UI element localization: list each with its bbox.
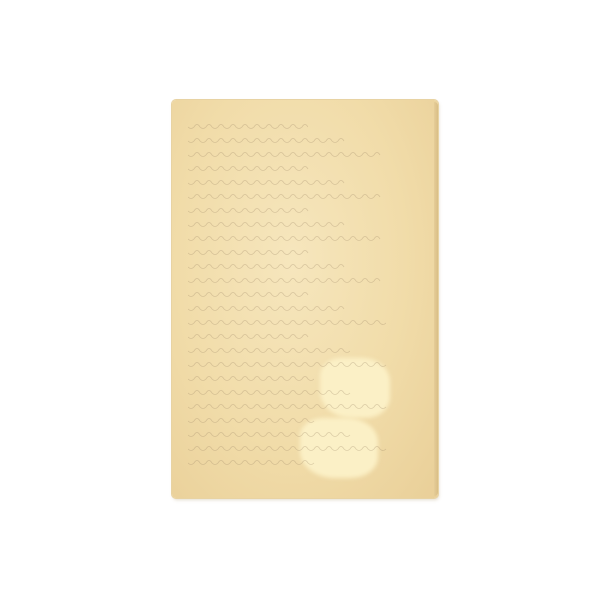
handwriting-line <box>188 272 418 286</box>
handwriting-line <box>188 202 418 216</box>
handwriting-line <box>188 230 418 244</box>
handwriting-line <box>188 174 418 188</box>
handwriting-line <box>188 118 418 132</box>
handwriting-line <box>188 300 418 314</box>
handwriting-line <box>188 454 418 468</box>
handwriting-line <box>188 412 418 426</box>
handwriting-line <box>188 244 418 258</box>
handwriting-line <box>188 286 418 300</box>
handwriting-area <box>188 118 418 468</box>
handwriting-line <box>188 440 418 454</box>
handwriting-line <box>188 342 418 356</box>
handwriting-line <box>188 314 418 328</box>
page-edge <box>434 102 438 496</box>
handwriting-line <box>188 370 418 384</box>
handwriting-line <box>188 426 418 440</box>
handwriting-line <box>188 132 418 146</box>
handwriting-line <box>188 356 418 370</box>
handwriting-line <box>188 398 418 412</box>
handwriting-line <box>188 188 418 202</box>
notebook-page <box>172 100 438 498</box>
handwriting-line <box>188 160 418 174</box>
handwriting-line <box>188 384 418 398</box>
handwriting-line <box>188 146 418 160</box>
handwriting-line <box>188 258 418 272</box>
handwriting-line <box>188 328 418 342</box>
handwriting-line <box>188 216 418 230</box>
